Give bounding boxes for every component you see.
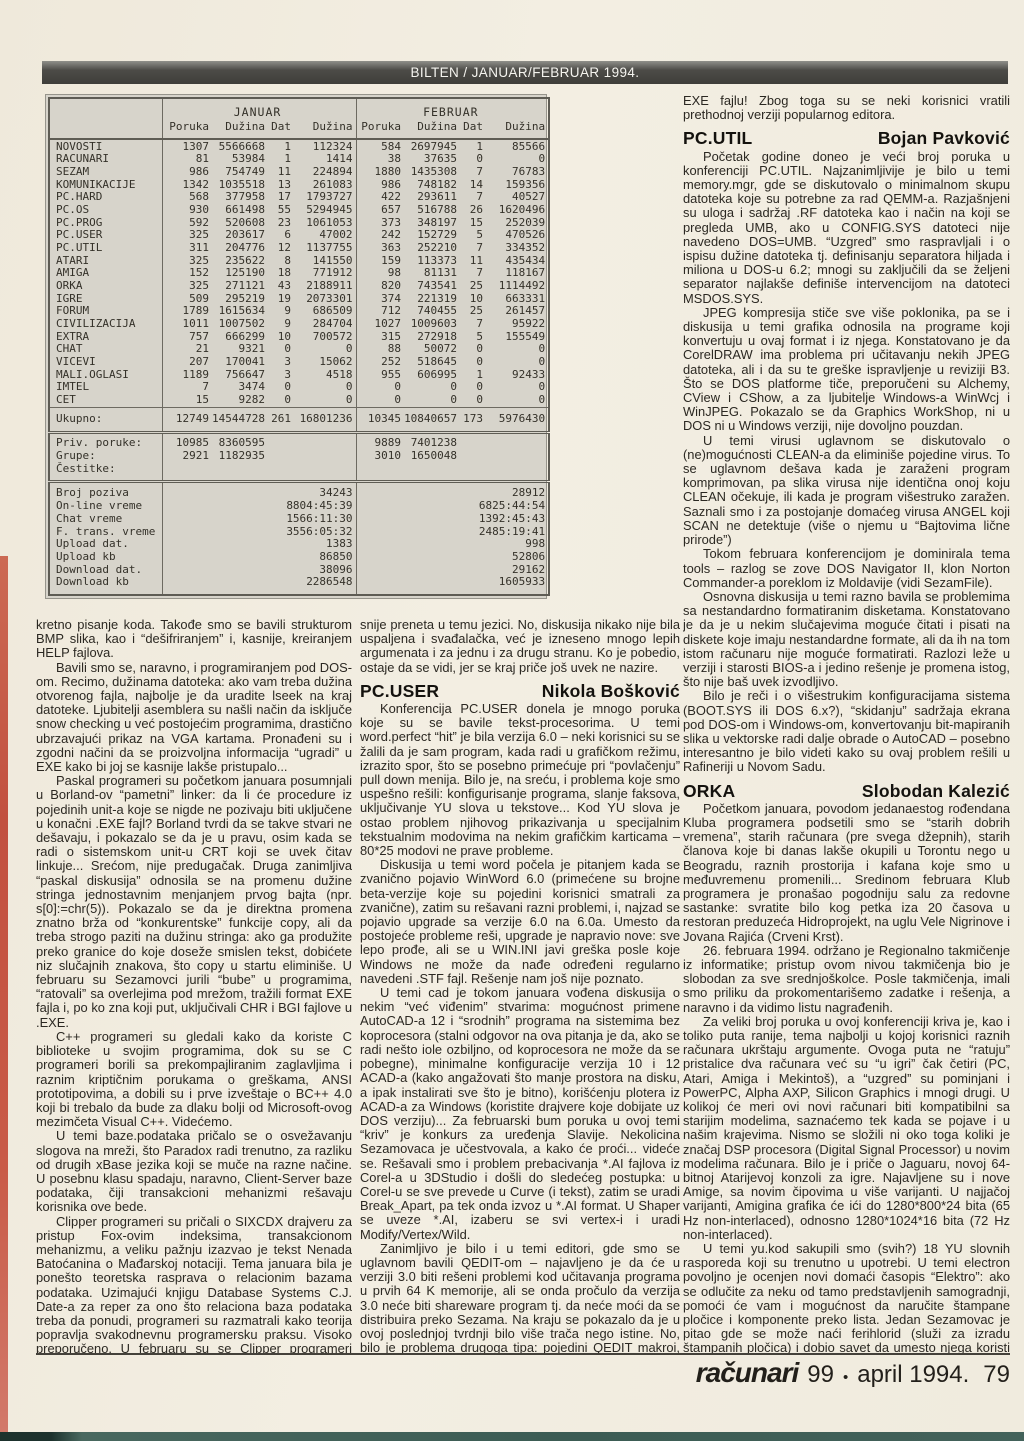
cell-value: 666299 <box>212 331 268 344</box>
article-column-left: kretno pisanje koda. Takođe smo se bavil… <box>36 618 352 1355</box>
section-title: PC.UTIL <box>683 131 752 145</box>
scan-edge-bottom <box>0 1432 1024 1441</box>
cell-value: 7 <box>460 267 486 280</box>
total-row: Ukupno:127491454472826116801236103451084… <box>49 407 549 432</box>
cell-value: 47002 <box>294 229 356 242</box>
cell-value: 1114492 <box>486 280 549 293</box>
cell-value: 5566668 <box>212 139 268 153</box>
cell-value: 0 <box>404 381 460 394</box>
cell-value: 86850 <box>162 551 356 564</box>
cell-value: 1 <box>460 369 486 382</box>
cell-value: 81131 <box>404 267 460 280</box>
cell-value: 1 <box>268 153 294 166</box>
cell-value: 373 <box>356 216 404 229</box>
cell-value: 81 <box>162 153 212 166</box>
private-messages-rows: Priv. poruke:10985836059598897401238Grup… <box>49 432 549 481</box>
cell-value: 0 <box>356 394 404 407</box>
cell-value: 1137755 <box>294 242 356 255</box>
row-label: PC.PROG <box>49 216 162 229</box>
section-title: ORKA <box>683 784 735 798</box>
cell-value: 2188911 <box>294 280 356 293</box>
cell-value <box>162 462 212 481</box>
bbs-statistics-table: JANUAR FEBRUAR Poruka Dužina Dat Dužina … <box>45 94 547 599</box>
cell-value: 740455 <box>404 305 460 318</box>
paragraph: EXE fajlu! Zbog toga su se neki korisnic… <box>683 94 1010 122</box>
cell-value: 1027 <box>356 318 404 331</box>
paragraph: kretno pisanje koda. Takođe smo se bavil… <box>36 618 352 661</box>
cell-value: 0 <box>268 381 294 394</box>
cell-value: 743541 <box>404 280 460 293</box>
cell-value: 16801236 <box>294 407 356 432</box>
section-title: PC.USER <box>360 684 439 698</box>
row-label: CET <box>49 394 162 407</box>
cell-value: 173 <box>460 407 486 432</box>
cell-value: 0 <box>486 394 549 407</box>
cell-value: 1182935 <box>212 450 268 463</box>
cell-value: 11 <box>268 166 294 179</box>
row-label: ATARI <box>49 254 162 267</box>
cell-value: 40527 <box>486 191 549 204</box>
cell-value <box>268 450 294 463</box>
section-author: Bojan Pavković <box>878 131 1010 145</box>
cell-value: 204776 <box>212 242 268 255</box>
cell-value: 1392:45:43 <box>356 513 549 526</box>
cell-value: 686509 <box>294 305 356 318</box>
cell-value: 0 <box>294 343 356 356</box>
row-label: PC.HARD <box>49 191 162 204</box>
cell-value: 37635 <box>404 153 460 166</box>
cell-value <box>486 462 549 481</box>
cell-value: 53984 <box>212 153 268 166</box>
cell-value: 1007502 <box>212 318 268 331</box>
cell-value: 1566:11:30 <box>162 513 356 526</box>
row-label: VICEVI <box>49 356 162 369</box>
cell-value: 700572 <box>294 331 356 344</box>
cell-value: 2286548 <box>162 576 356 595</box>
row-label: PC.UTIL <box>49 242 162 255</box>
cell-value: 38 <box>356 153 404 166</box>
cell-value: 5294945 <box>294 204 356 217</box>
cell-value: 8360595 <box>212 432 268 449</box>
cell-value: 29162 <box>356 563 549 576</box>
paragraph: U temi virusi uglavnom se diskutovalo o … <box>683 434 1010 548</box>
row-label: Download kb <box>49 576 162 595</box>
cell-value: 663331 <box>486 293 549 306</box>
row-label: IGRE <box>49 293 162 306</box>
row-label: MALI.OGLASI <box>49 369 162 382</box>
cell-value: 7 <box>162 381 212 394</box>
cell-value: 820 <box>356 280 404 293</box>
cell-value: 7401238 <box>404 432 460 449</box>
cell-value <box>486 432 549 449</box>
cell-value: 470526 <box>486 229 549 242</box>
cell-value: 5 <box>460 331 486 344</box>
cell-value: 756647 <box>212 369 268 382</box>
col-header-duzina: Dužina <box>212 121 268 139</box>
cell-value: 152 <box>162 267 212 280</box>
magazine-logo: računari <box>696 1357 799 1389</box>
paragraph: snije preneta u temu jezici. No, diskusi… <box>360 618 680 675</box>
paragraph: C++ programeri su gledali kako da korist… <box>36 1030 352 1129</box>
cell-value: 0 <box>460 343 486 356</box>
cell-value <box>268 432 294 449</box>
cell-value: 2697945 <box>404 139 460 153</box>
row-label: Grupe: <box>49 450 162 463</box>
cell-value: 11 <box>460 254 486 267</box>
cell-value: 1 <box>460 139 486 153</box>
cell-value <box>294 462 356 481</box>
cell-value: 3010 <box>356 450 404 463</box>
conference-rows: NOVOSTI130755666681112324584269794518556… <box>49 139 549 407</box>
cell-value: 28912 <box>356 482 549 500</box>
cell-value: 1789 <box>162 305 212 318</box>
cell-value: 261457 <box>486 305 549 318</box>
col-header-dat: Dat <box>268 121 294 139</box>
cell-value <box>486 450 549 463</box>
bullet-separator: • <box>843 1369 848 1386</box>
issue-date: april 1994. <box>857 1361 969 1389</box>
cell-value: 0 <box>486 356 549 369</box>
paragraph: Clipper programeri su pričali o SIXCDX d… <box>36 1215 352 1355</box>
paragraph: Početkom januara, povodom jedanaestog ro… <box>683 802 1010 944</box>
paragraph: U temi cad je tokom januara vođena disku… <box>360 986 680 1242</box>
row-label: Upload dat. <box>49 538 162 551</box>
cell-value: 377958 <box>212 191 268 204</box>
cell-value: 7 <box>460 318 486 331</box>
cell-value: 754749 <box>212 166 268 179</box>
cell-value: 261083 <box>294 178 356 191</box>
cell-value: 1009603 <box>404 318 460 331</box>
paragraph: 26. februara 1994. održano je Regionalno… <box>683 944 1010 1015</box>
article-column-middle: snije preneta u temu jezici. No, diskusi… <box>360 618 680 1355</box>
cell-value: 1650048 <box>404 450 460 463</box>
footer-rule <box>36 1353 1010 1355</box>
cell-value: 2485:19:41 <box>356 525 549 538</box>
system-stats-rows: Broj poziva3424328912On-line vreme8804:4… <box>49 482 549 595</box>
cell-value: 38096 <box>162 563 356 576</box>
cell-value: 43 <box>268 280 294 293</box>
section-author: Slobodan Kalezić <box>862 784 1010 798</box>
cell-value: 2921 <box>162 450 212 463</box>
month-header-januar: JANUAR <box>162 98 356 121</box>
paragraph: Bilo je reči i o višestrukim konfiguraci… <box>683 689 1010 774</box>
row-label: Priv. poruke: <box>49 432 162 449</box>
cell-value <box>356 462 404 481</box>
cell-value: 518645 <box>404 356 460 369</box>
cell-value: 14 <box>460 178 486 191</box>
cell-value: 661498 <box>212 204 268 217</box>
cell-value: 7 <box>460 242 486 255</box>
cell-value: 8804:45:39 <box>162 500 356 513</box>
cell-value: 55 <box>268 204 294 217</box>
cell-value: 6 <box>268 229 294 242</box>
cell-value: 7 <box>460 166 486 179</box>
cell-value: 88 <box>356 343 404 356</box>
cell-value: 10 <box>268 331 294 344</box>
cell-value: 155549 <box>486 331 549 344</box>
cell-value: 261 <box>268 407 294 432</box>
page-footer: računari 99 • april 1994. 79 <box>696 1357 1010 1389</box>
cell-value: 325 <box>162 280 212 293</box>
cell-value: 757 <box>162 331 212 344</box>
cell-value: 348197 <box>404 216 460 229</box>
cell-value: 7 <box>460 191 486 204</box>
cell-value: 1880 <box>356 166 404 179</box>
cell-value: 25 <box>460 280 486 293</box>
cell-value: 0 <box>268 394 294 407</box>
issue-number: 99 <box>807 1361 834 1389</box>
cell-value: 14544728 <box>212 407 268 432</box>
cell-value: 3556:05:32 <box>162 525 356 538</box>
cell-value <box>404 462 460 481</box>
cell-value: 8 <box>268 254 294 267</box>
cell-value: 0 <box>460 381 486 394</box>
cell-value: 9 <box>268 318 294 331</box>
paragraph: Konferencija PC.USER donela je mnogo por… <box>360 702 680 858</box>
cell-value: 0 <box>486 381 549 394</box>
cell-value: 606995 <box>404 369 460 382</box>
cell-value: 712 <box>356 305 404 318</box>
row-label: EXTRA <box>49 331 162 344</box>
cell-value: 0 <box>294 381 356 394</box>
paragraph: JPEG kompresija stiče sve više poklonika… <box>683 306 1010 434</box>
section-heading-pcuser: PC.USER Nikola Bošković <box>360 684 680 698</box>
cell-value: 0 <box>404 394 460 407</box>
row-label: IMTEL <box>49 381 162 394</box>
cell-value: 76783 <box>486 166 549 179</box>
row-label: F. trans. vreme <box>49 525 162 538</box>
cell-value <box>460 432 486 449</box>
magazine-page: BILTEN / JANUAR/FEBRUAR 1994. JANUAR FEB… <box>0 0 1024 1441</box>
cell-value: 152729 <box>404 229 460 242</box>
cell-value: 1620496 <box>486 204 549 217</box>
cell-value: 422 <box>356 191 404 204</box>
cell-value: 85566 <box>486 139 549 153</box>
cell-value: 21 <box>162 343 212 356</box>
cell-value: 9 <box>268 305 294 318</box>
cell-value: 584 <box>356 139 404 153</box>
col-header-duzina: Dužina <box>404 121 460 139</box>
row-label: KOMUNIKACIJE <box>49 178 162 191</box>
cell-value: 1189 <box>162 369 212 382</box>
cell-value: 325 <box>162 229 212 242</box>
cell-value: 520608 <box>212 216 268 229</box>
cell-value: 170041 <box>212 356 268 369</box>
paragraph: Paskal programeri su početkom januara po… <box>36 774 352 1030</box>
cell-value: 0 <box>460 394 486 407</box>
cell-value: 1793727 <box>294 191 356 204</box>
cell-value: 10840657 <box>404 407 460 432</box>
paragraph: U temi yu.kod sakupili smo (svih?) 18 YU… <box>683 1242 1010 1355</box>
cell-value <box>212 462 268 481</box>
paragraph: U temi baze.podataka pričalo se o osveža… <box>36 1129 352 1214</box>
scan-edge-left <box>0 556 8 1432</box>
cell-value: 1615634 <box>212 305 268 318</box>
cell-value: 6825:44:54 <box>356 500 549 513</box>
row-label: CIVILIZACIJA <box>49 318 162 331</box>
cell-value: 118167 <box>486 267 549 280</box>
cell-value: 23 <box>268 216 294 229</box>
cell-value: 1435308 <box>404 166 460 179</box>
cell-value: 252039 <box>486 216 549 229</box>
paragraph: Za veliki broj poruka u ovoj konferencij… <box>683 1015 1010 1242</box>
cell-value: 0 <box>486 343 549 356</box>
cell-value: 4518 <box>294 369 356 382</box>
cell-value: 986 <box>356 178 404 191</box>
cell-value: 657 <box>356 204 404 217</box>
section-heading-orka: ORKA Slobodan Kalezić <box>683 784 1010 798</box>
corner-cell <box>49 121 162 139</box>
cell-value: 9282 <box>212 394 268 407</box>
paragraph: Tokom februara konferencijom je dominira… <box>683 547 1010 590</box>
paragraph: Bavili smo se, naravno, i programiranjem… <box>36 661 352 775</box>
col-header-dat: Dat <box>460 121 486 139</box>
cell-value: 242 <box>356 229 404 242</box>
cell-value: 363 <box>356 242 404 255</box>
cell-value: 509 <box>162 293 212 306</box>
paragraph: Zanimljivo je bilo i u temi editori, gde… <box>360 1242 680 1355</box>
cell-value: 52806 <box>356 551 549 564</box>
cell-value: 1035518 <box>212 178 268 191</box>
cell-value: 435434 <box>486 254 549 267</box>
cell-value: 19 <box>268 293 294 306</box>
cell-value: 34243 <box>162 482 356 500</box>
cell-value: 252210 <box>404 242 460 255</box>
cell-value <box>460 450 486 463</box>
cell-value: 113373 <box>404 254 460 267</box>
cell-value: 334352 <box>486 242 549 255</box>
cell-value: 1061053 <box>294 216 356 229</box>
cell-value: 516788 <box>404 204 460 217</box>
row-label: FORUM <box>49 305 162 318</box>
section-header-bar: BILTEN / JANUAR/FEBRUAR 1994. <box>42 61 1008 84</box>
col-header-poruka: Poruka <box>162 121 212 139</box>
cell-value: 5976430 <box>486 407 549 432</box>
cell-value: 25 <box>460 305 486 318</box>
cell-value: 2073301 <box>294 293 356 306</box>
cell-value: 1011 <box>162 318 212 331</box>
row-label: Ukupno: <box>49 407 162 432</box>
cell-value: 15 <box>460 216 486 229</box>
row-label: Čestitke: <box>49 462 162 481</box>
month-header-februar: FEBRUAR <box>356 98 549 121</box>
cell-value: 1414 <box>294 153 356 166</box>
cell-value: 9889 <box>356 432 404 449</box>
cell-value: 592 <box>162 216 212 229</box>
cell-value: 9321 <box>212 343 268 356</box>
row-label: NOVOSTI <box>49 139 162 153</box>
col-header-duzina2: Dužina <box>486 121 549 139</box>
cell-value: 17 <box>268 191 294 204</box>
cell-value: 284704 <box>294 318 356 331</box>
row-label: Broj poziva <box>49 482 162 500</box>
cell-value: 112324 <box>294 139 356 153</box>
cell-value: 955 <box>356 369 404 382</box>
row-label: SEZAM <box>49 166 162 179</box>
cell-value: 95922 <box>486 318 549 331</box>
cell-value: 224894 <box>294 166 356 179</box>
row-label: CHAT <box>49 343 162 356</box>
cell-value: 252 <box>356 356 404 369</box>
cell-value: 10 <box>460 293 486 306</box>
cell-value: 1383 <box>162 538 356 551</box>
cell-value: 1605933 <box>356 576 549 595</box>
section-author: Nikola Bošković <box>542 684 680 698</box>
cell-value <box>294 450 356 463</box>
cell-value: 315 <box>356 331 404 344</box>
cell-value: 748182 <box>404 178 460 191</box>
cell-value <box>460 462 486 481</box>
row-label: Download dat. <box>49 563 162 576</box>
cell-value: 5 <box>460 229 486 242</box>
cell-value: 0 <box>294 394 356 407</box>
cell-value: 221319 <box>404 293 460 306</box>
cell-value: 374 <box>356 293 404 306</box>
cell-value: 325 <box>162 254 212 267</box>
cell-value: 0 <box>356 381 404 394</box>
cell-value <box>294 432 356 449</box>
cell-value: 159356 <box>486 178 549 191</box>
row-label: RACUNARI <box>49 153 162 166</box>
col-header-duzina2: Dužina <box>294 121 356 139</box>
cell-value: 12749 <box>162 407 212 432</box>
cell-value: 1342 <box>162 178 212 191</box>
paragraph: Početak godine doneo je veći broj poruka… <box>683 150 1010 306</box>
cell-value <box>268 462 294 481</box>
cell-value: 125190 <box>212 267 268 280</box>
cell-value: 203617 <box>212 229 268 242</box>
cell-value: 50072 <box>404 343 460 356</box>
corner-cell <box>49 98 162 121</box>
cell-value: 15062 <box>294 356 356 369</box>
cell-value: 295219 <box>212 293 268 306</box>
cell-value: 15 <box>162 394 212 407</box>
cell-value: 159 <box>356 254 404 267</box>
cell-value: 3474 <box>212 381 268 394</box>
cell-value: 3 <box>268 356 294 369</box>
cell-value: 930 <box>162 204 212 217</box>
row-label: AMIGA <box>49 267 162 280</box>
cell-value: 771912 <box>294 267 356 280</box>
cell-value: 207 <box>162 356 212 369</box>
row-label: On-line vreme <box>49 500 162 513</box>
cell-value: 10345 <box>356 407 404 432</box>
cell-value: 10985 <box>162 432 212 449</box>
row-label: PC.OS <box>49 204 162 217</box>
cell-value: 311 <box>162 242 212 255</box>
section-header-title: BILTEN / JANUAR/FEBRUAR 1994. <box>411 65 640 80</box>
cell-value: 13 <box>268 178 294 191</box>
row-label: Chat vreme <box>49 513 162 526</box>
col-header-poruka: Poruka <box>356 121 404 139</box>
cell-value: 0 <box>460 356 486 369</box>
cell-value: 986 <box>162 166 212 179</box>
cell-value: 1307 <box>162 139 212 153</box>
cell-value: 293611 <box>404 191 460 204</box>
page-number: 79 <box>983 1361 1010 1389</box>
cell-value: 998 <box>356 538 549 551</box>
cell-value: 0 <box>268 343 294 356</box>
cell-value: 0 <box>460 153 486 166</box>
cell-value: 98 <box>356 267 404 280</box>
cell-value: 26 <box>460 204 486 217</box>
cell-value: 1 <box>268 139 294 153</box>
row-label: ORKA <box>49 280 162 293</box>
cell-value: 272918 <box>404 331 460 344</box>
row-label: Upload kb <box>49 551 162 564</box>
cell-value: 18 <box>268 267 294 280</box>
cell-value: 141550 <box>294 254 356 267</box>
